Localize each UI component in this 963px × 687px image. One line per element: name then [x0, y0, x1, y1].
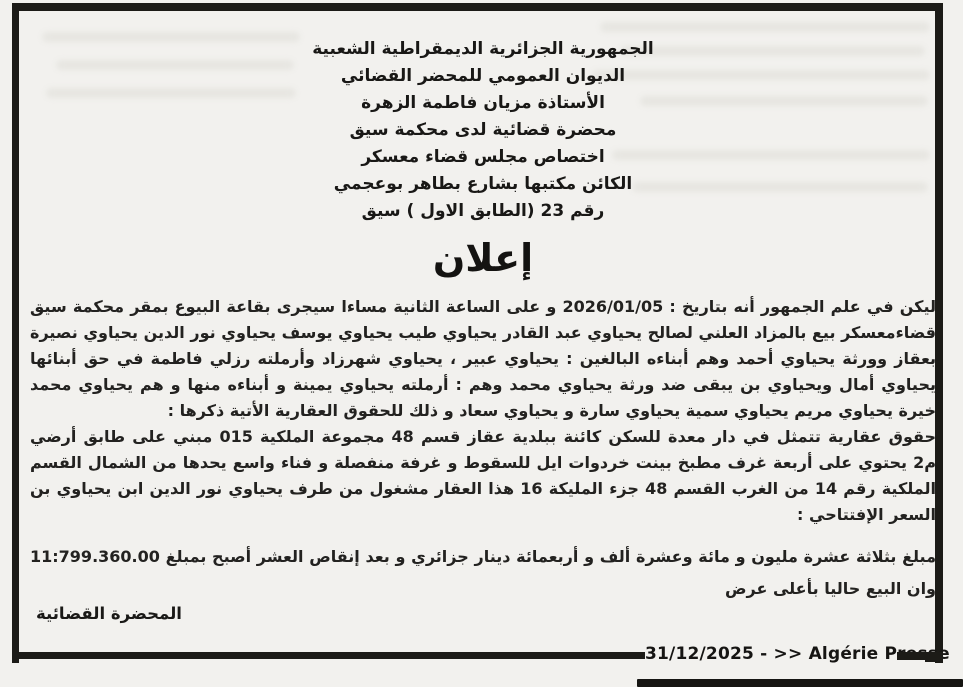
header-line-jurisdiction: اختصاص مجلس قضاء معسكر [163, 144, 803, 171]
header-line-office: الديوان العمومي للمحضر القضائي [163, 63, 803, 90]
header-line-address-number: رقم 23 (الطابق الاول ) سيق [163, 198, 803, 225]
body-line-highest-bid: وان البيع حاليا بأعلى عرض [30, 576, 936, 602]
body-line-amount: مبلغ بثلاثة عشرة مليون و مائة وعشرة ألف … [30, 544, 936, 570]
body-line: م2 يحتوي على أربعة غرف مطبخ بينت خردوات … [30, 450, 936, 476]
body-line: خيرة يحياوي مريم يحياوي سمية يحياوي سارة… [30, 398, 936, 424]
signature: المحضرة القضائية [36, 604, 182, 623]
body-line: حقوق عقارية تتمثل في دار معدة للسكن كائن… [30, 424, 936, 450]
header-line-address: الكائن مكتبها بشارع بطاهر بوعجمي [163, 171, 803, 198]
next-document-edge [637, 679, 963, 687]
header-line-court: محضرة قضائية لدى محكمة سيق [163, 117, 803, 144]
border-bottom-right-corner [925, 652, 943, 662]
header-line-republic: الجمهورية الجزائرية الديمقراطية الشعبية [163, 36, 803, 63]
scanned-page: الجمهورية الجزائرية الديمقراطية الشعبية … [0, 0, 963, 687]
bleed-through-artifact [600, 22, 930, 32]
footer-separator: - >> [760, 644, 802, 664]
body-line-opening-price-label: السعر الإفتتاحي : [30, 502, 936, 528]
body-line: يحياوي أمال ويحياوي بن يبقى ضد ورثة يحيا… [30, 372, 936, 398]
press-footer: 31/12/2025 - >> Algérie Presse [645, 644, 895, 664]
body-line: بعقاز وورثة يحياوي أحمد وهم أبناءه البال… [30, 346, 936, 372]
body-line: الملكية رقم 14 من الغرب القسم 48 جزء الم… [30, 476, 936, 502]
body-line: ليكن في علم الجمهور أنه بتاريخ : 2026/01… [30, 294, 936, 320]
notice-title: إعلان [163, 230, 803, 286]
border-bottom-line [12, 652, 645, 659]
notice-header: الجمهورية الجزائرية الديمقراطية الشعبية … [163, 36, 803, 225]
notice-body: ليكن في علم الجمهور أنه بتاريخ : 2026/01… [30, 294, 936, 602]
footer-date: 31/12/2025 [645, 644, 754, 664]
body-line: قضاءمعسكر بيع بالمزاد العلني لصالح يحياو… [30, 320, 936, 346]
header-line-bailiff-name: الأستاذة مزيان فاطمة الزهرة [163, 90, 803, 117]
